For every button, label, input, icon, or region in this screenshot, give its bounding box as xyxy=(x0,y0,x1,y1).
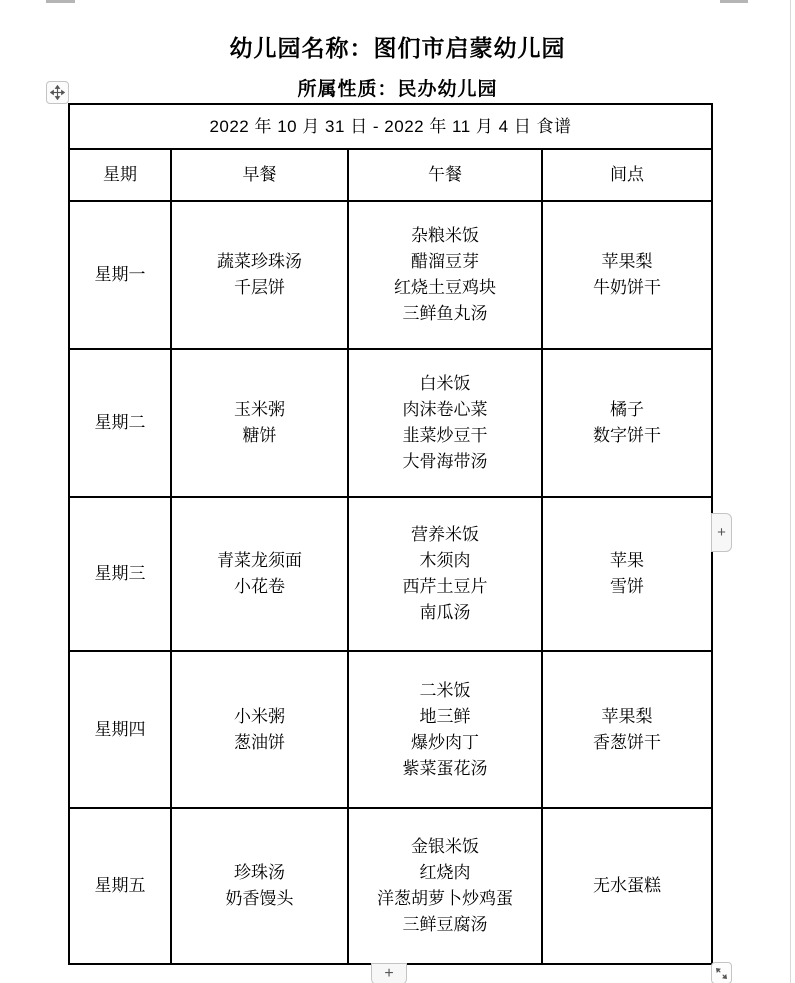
top-edge-tab-right xyxy=(720,0,748,3)
day-cell[interactable]: 星期一 xyxy=(69,201,171,349)
breakfast-cell[interactable]: 小米粥 葱油饼 xyxy=(171,651,348,808)
table-row: 2022 年 10 月 31 日 - 2022 年 11 月 4 日 食谱 xyxy=(69,104,712,149)
table-resize-handle[interactable] xyxy=(711,962,732,983)
column-header-day[interactable]: 星期 xyxy=(69,149,171,201)
column-header-snack[interactable]: 间点 xyxy=(542,149,712,201)
breakfast-cell[interactable]: 玉米粥 糖饼 xyxy=(171,349,348,497)
table-row: 星期四 小米粥 葱油饼 二米饭 地三鲜 爆炒肉丁 紫菜蛋花汤 苹果梨 香葱饼干 xyxy=(69,651,712,808)
lunch-cell[interactable]: 白米饭 肉沫卷心菜 韭菜炒豆干 大骨海带汤 xyxy=(348,349,542,497)
top-edge-tab-left xyxy=(46,0,75,3)
move-icon xyxy=(50,85,65,100)
snack-cell[interactable]: 橘子 数字饼干 xyxy=(542,349,712,497)
breakfast-cell[interactable]: 青菜龙须面 小花卷 xyxy=(171,497,348,651)
resize-diagonal-icon xyxy=(715,967,728,980)
document-page: 幼儿园名称：图们市启蒙幼儿园 所属性质：民办幼儿园 2022 年 10 月 31… xyxy=(0,0,795,983)
snack-cell[interactable]: 苹果 雪饼 xyxy=(542,497,712,651)
breakfast-cell[interactable]: 蔬菜珍珠汤 千层饼 xyxy=(171,201,348,349)
add-column-button[interactable]: + xyxy=(711,513,732,552)
day-cell[interactable]: 星期四 xyxy=(69,651,171,808)
snack-cell[interactable]: 苹果梨 香葱饼干 xyxy=(542,651,712,808)
lunch-cell[interactable]: 二米饭 地三鲜 爆炒肉丁 紫菜蛋花汤 xyxy=(348,651,542,808)
plus-icon: + xyxy=(384,965,393,983)
page-subtitle: 所属性质：民办幼儿园 xyxy=(0,74,795,101)
table-row: 星期五 珍珠汤 奶香馒头 金银米饭 红烧肉 洋葱胡萝卜炒鸡蛋 三鲜豆腐汤 无水蛋… xyxy=(69,808,712,964)
day-cell[interactable]: 星期三 xyxy=(69,497,171,651)
lunch-cell[interactable]: 金银米饭 红烧肉 洋葱胡萝卜炒鸡蛋 三鲜豆腐汤 xyxy=(348,808,542,964)
page-edge-line xyxy=(790,0,791,983)
lunch-cell[interactable]: 营养米饭 木须肉 西芹土豆片 南瓜汤 xyxy=(348,497,542,651)
lunch-cell[interactable]: 杂粮米饭 醋溜豆芽 红烧土豆鸡块 三鲜鱼丸汤 xyxy=(348,201,542,349)
snack-cell[interactable]: 无水蛋糕 xyxy=(542,808,712,964)
table-move-handle[interactable] xyxy=(46,81,69,104)
day-cell[interactable]: 星期二 xyxy=(69,349,171,497)
menu-table: 2022 年 10 月 31 日 - 2022 年 11 月 4 日 食谱 星期… xyxy=(68,103,713,965)
table-row: 星期二 玉米粥 糖饼 白米饭 肉沫卷心菜 韭菜炒豆干 大骨海带汤 橘子 数字饼干 xyxy=(69,349,712,497)
day-cell[interactable]: 星期五 xyxy=(69,808,171,964)
snack-cell[interactable]: 苹果梨 牛奶饼干 xyxy=(542,201,712,349)
column-header-lunch[interactable]: 午餐 xyxy=(348,149,542,201)
table-row: 星期 早餐 午餐 间点 xyxy=(69,149,712,201)
breakfast-cell[interactable]: 珍珠汤 奶香馒头 xyxy=(171,808,348,964)
page-title: 幼儿园名称：图们市启蒙幼儿园 xyxy=(0,30,795,63)
menu-caption-cell[interactable]: 2022 年 10 月 31 日 - 2022 年 11 月 4 日 食谱 xyxy=(69,104,712,149)
column-header-breakfast[interactable]: 早餐 xyxy=(171,149,348,201)
add-row-button[interactable]: + xyxy=(371,963,407,983)
table-row: 星期三 青菜龙须面 小花卷 营养米饭 木须肉 西芹土豆片 南瓜汤 苹果 雪饼 xyxy=(69,497,712,651)
table-row: 星期一 蔬菜珍珠汤 千层饼 杂粮米饭 醋溜豆芽 红烧土豆鸡块 三鲜鱼丸汤 苹果梨… xyxy=(69,201,712,349)
plus-icon: + xyxy=(717,524,726,541)
